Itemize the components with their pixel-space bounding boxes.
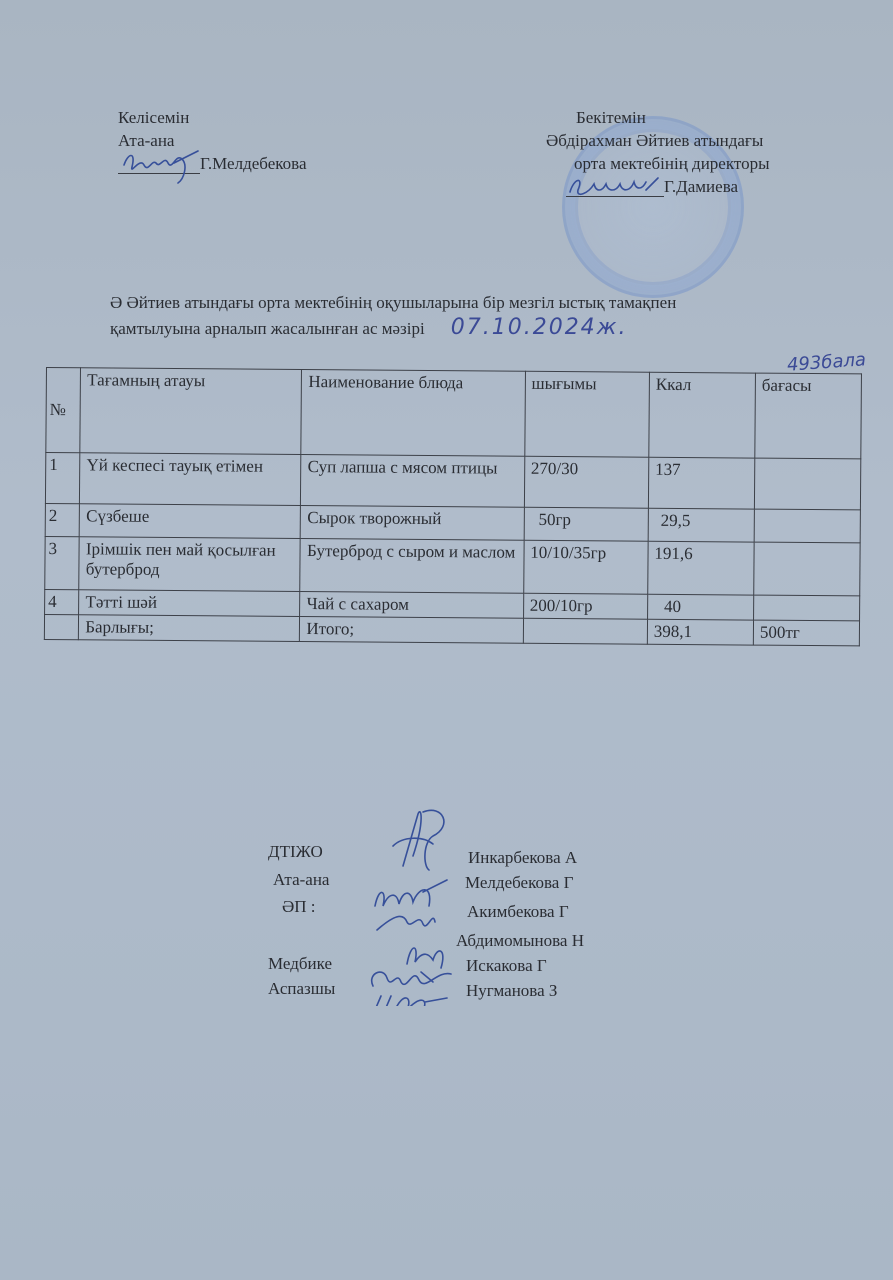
- row-dish-ru: Бутерброд с сыром и маслом: [300, 539, 524, 594]
- row-kcal: 191,6: [648, 541, 754, 595]
- signer-role: ДТІЖО: [268, 842, 323, 861]
- table-row: 1 Үй кеспесі тауық етімен Суп лапша с мя…: [45, 453, 860, 510]
- approved-line1: Әбдірахман Әйтиев атындағы: [546, 130, 770, 153]
- document-title: Ә Әйтиев атындағы орта мектебінің оқушыл…: [110, 290, 676, 341]
- row-price: [754, 509, 860, 543]
- header-dish-kz: Тағамның атауы: [80, 368, 302, 455]
- header-dish-ru: Наименование блюда: [301, 370, 525, 457]
- signature-line: [566, 178, 664, 197]
- row-num: 2: [45, 503, 80, 536]
- total-num: [44, 614, 79, 639]
- title-line-1: Ә Әйтиев атындағы орта мектебінің оқушыл…: [110, 290, 676, 315]
- total-label-kz: Барлығы;: [79, 615, 300, 642]
- row-output: 10/10/35гр: [523, 540, 648, 594]
- signer-name: Мелдебекова Г: [465, 873, 573, 893]
- signature-line: [118, 155, 200, 174]
- signatures-icon: [363, 806, 473, 1006]
- signer-role: Аспазшы: [268, 979, 335, 998]
- row-output: 270/30: [524, 456, 649, 508]
- header-kcal: Ккал: [649, 372, 756, 458]
- row-dish-ru: Чай с сахаром: [300, 592, 523, 619]
- menu-table: № Тағамның атауы Наименование блюда шығы…: [44, 367, 862, 646]
- row-dish-kz: Үй кеспесі тауық етімен: [80, 453, 302, 506]
- row-kcal: 137: [648, 457, 754, 509]
- total-kcal: 398,1: [647, 619, 753, 645]
- row-dish-kz: Сүзбеше: [79, 504, 300, 539]
- row-dish-kz: Тәтті шәй: [79, 590, 300, 617]
- signer-name: Инкарбекова А: [468, 848, 577, 868]
- row-output: 200/10гр: [523, 593, 647, 619]
- signer-role: Медбике: [268, 954, 332, 973]
- row-price: [753, 595, 859, 621]
- signature-damieva-icon: [566, 172, 666, 202]
- row-num: 4: [45, 589, 80, 614]
- row-price: [754, 542, 860, 596]
- signer-name: Нугманова З: [466, 981, 557, 1001]
- handwritten-date: 07.10.2024ж.: [451, 315, 628, 340]
- total-label-ru: Итого;: [300, 617, 523, 644]
- row-num: 1: [45, 453, 80, 504]
- header-num: №: [46, 368, 81, 453]
- signer-name: Абдимомынова Н: [456, 931, 584, 951]
- row-kcal: 40: [647, 594, 753, 620]
- agreed-name: Г.Мелдебекова: [200, 154, 307, 173]
- row-price: [754, 458, 860, 510]
- table-row: 3 Ірімшік пен май қосылған бутерброд Бут…: [45, 536, 860, 595]
- title-line-2: қамтылуына арналып жасалынған ас мәзірі: [110, 319, 425, 338]
- signature-meldebekova-icon: [118, 145, 203, 185]
- row-dish-ru: Сырок творожный: [301, 506, 524, 541]
- approved-heading: Бекітемін: [546, 107, 770, 130]
- signer-role: Ата-ана: [273, 870, 329, 889]
- row-kcal: 29,5: [648, 508, 754, 542]
- agreed-block: Келісемін Ата-ана Г.Мелдебекова: [118, 107, 307, 176]
- agreed-heading: Келісемін: [118, 107, 307, 130]
- row-dish-ru: Суп лапша с мясом птицы: [301, 455, 525, 508]
- approved-block: Бекітемін Әбдірахман Әйтиев атындағы орт…: [546, 107, 770, 199]
- table-total-row: Барлығы; Итого; 398,1 500тг: [44, 614, 859, 645]
- header-output: шығымы: [524, 371, 649, 457]
- row-output: 50гр: [524, 507, 648, 541]
- total-output: [523, 618, 647, 644]
- approved-name: Г.Дамиева: [664, 177, 738, 196]
- total-price: 500тг: [753, 620, 859, 646]
- handwritten-student-count: 493бала: [786, 349, 866, 375]
- table-header-row: № Тағамның атауы Наименование блюда шығы…: [46, 368, 862, 459]
- signer-name: Акимбекова Г: [467, 902, 569, 922]
- header-price: бағасы: [755, 373, 862, 459]
- row-num: 3: [45, 536, 80, 589]
- signer-role: ӘП :: [282, 897, 316, 916]
- row-dish-kz: Ірімшік пен май қосылған бутерброд: [79, 537, 301, 592]
- signer-name: Искакова Г: [466, 956, 547, 976]
